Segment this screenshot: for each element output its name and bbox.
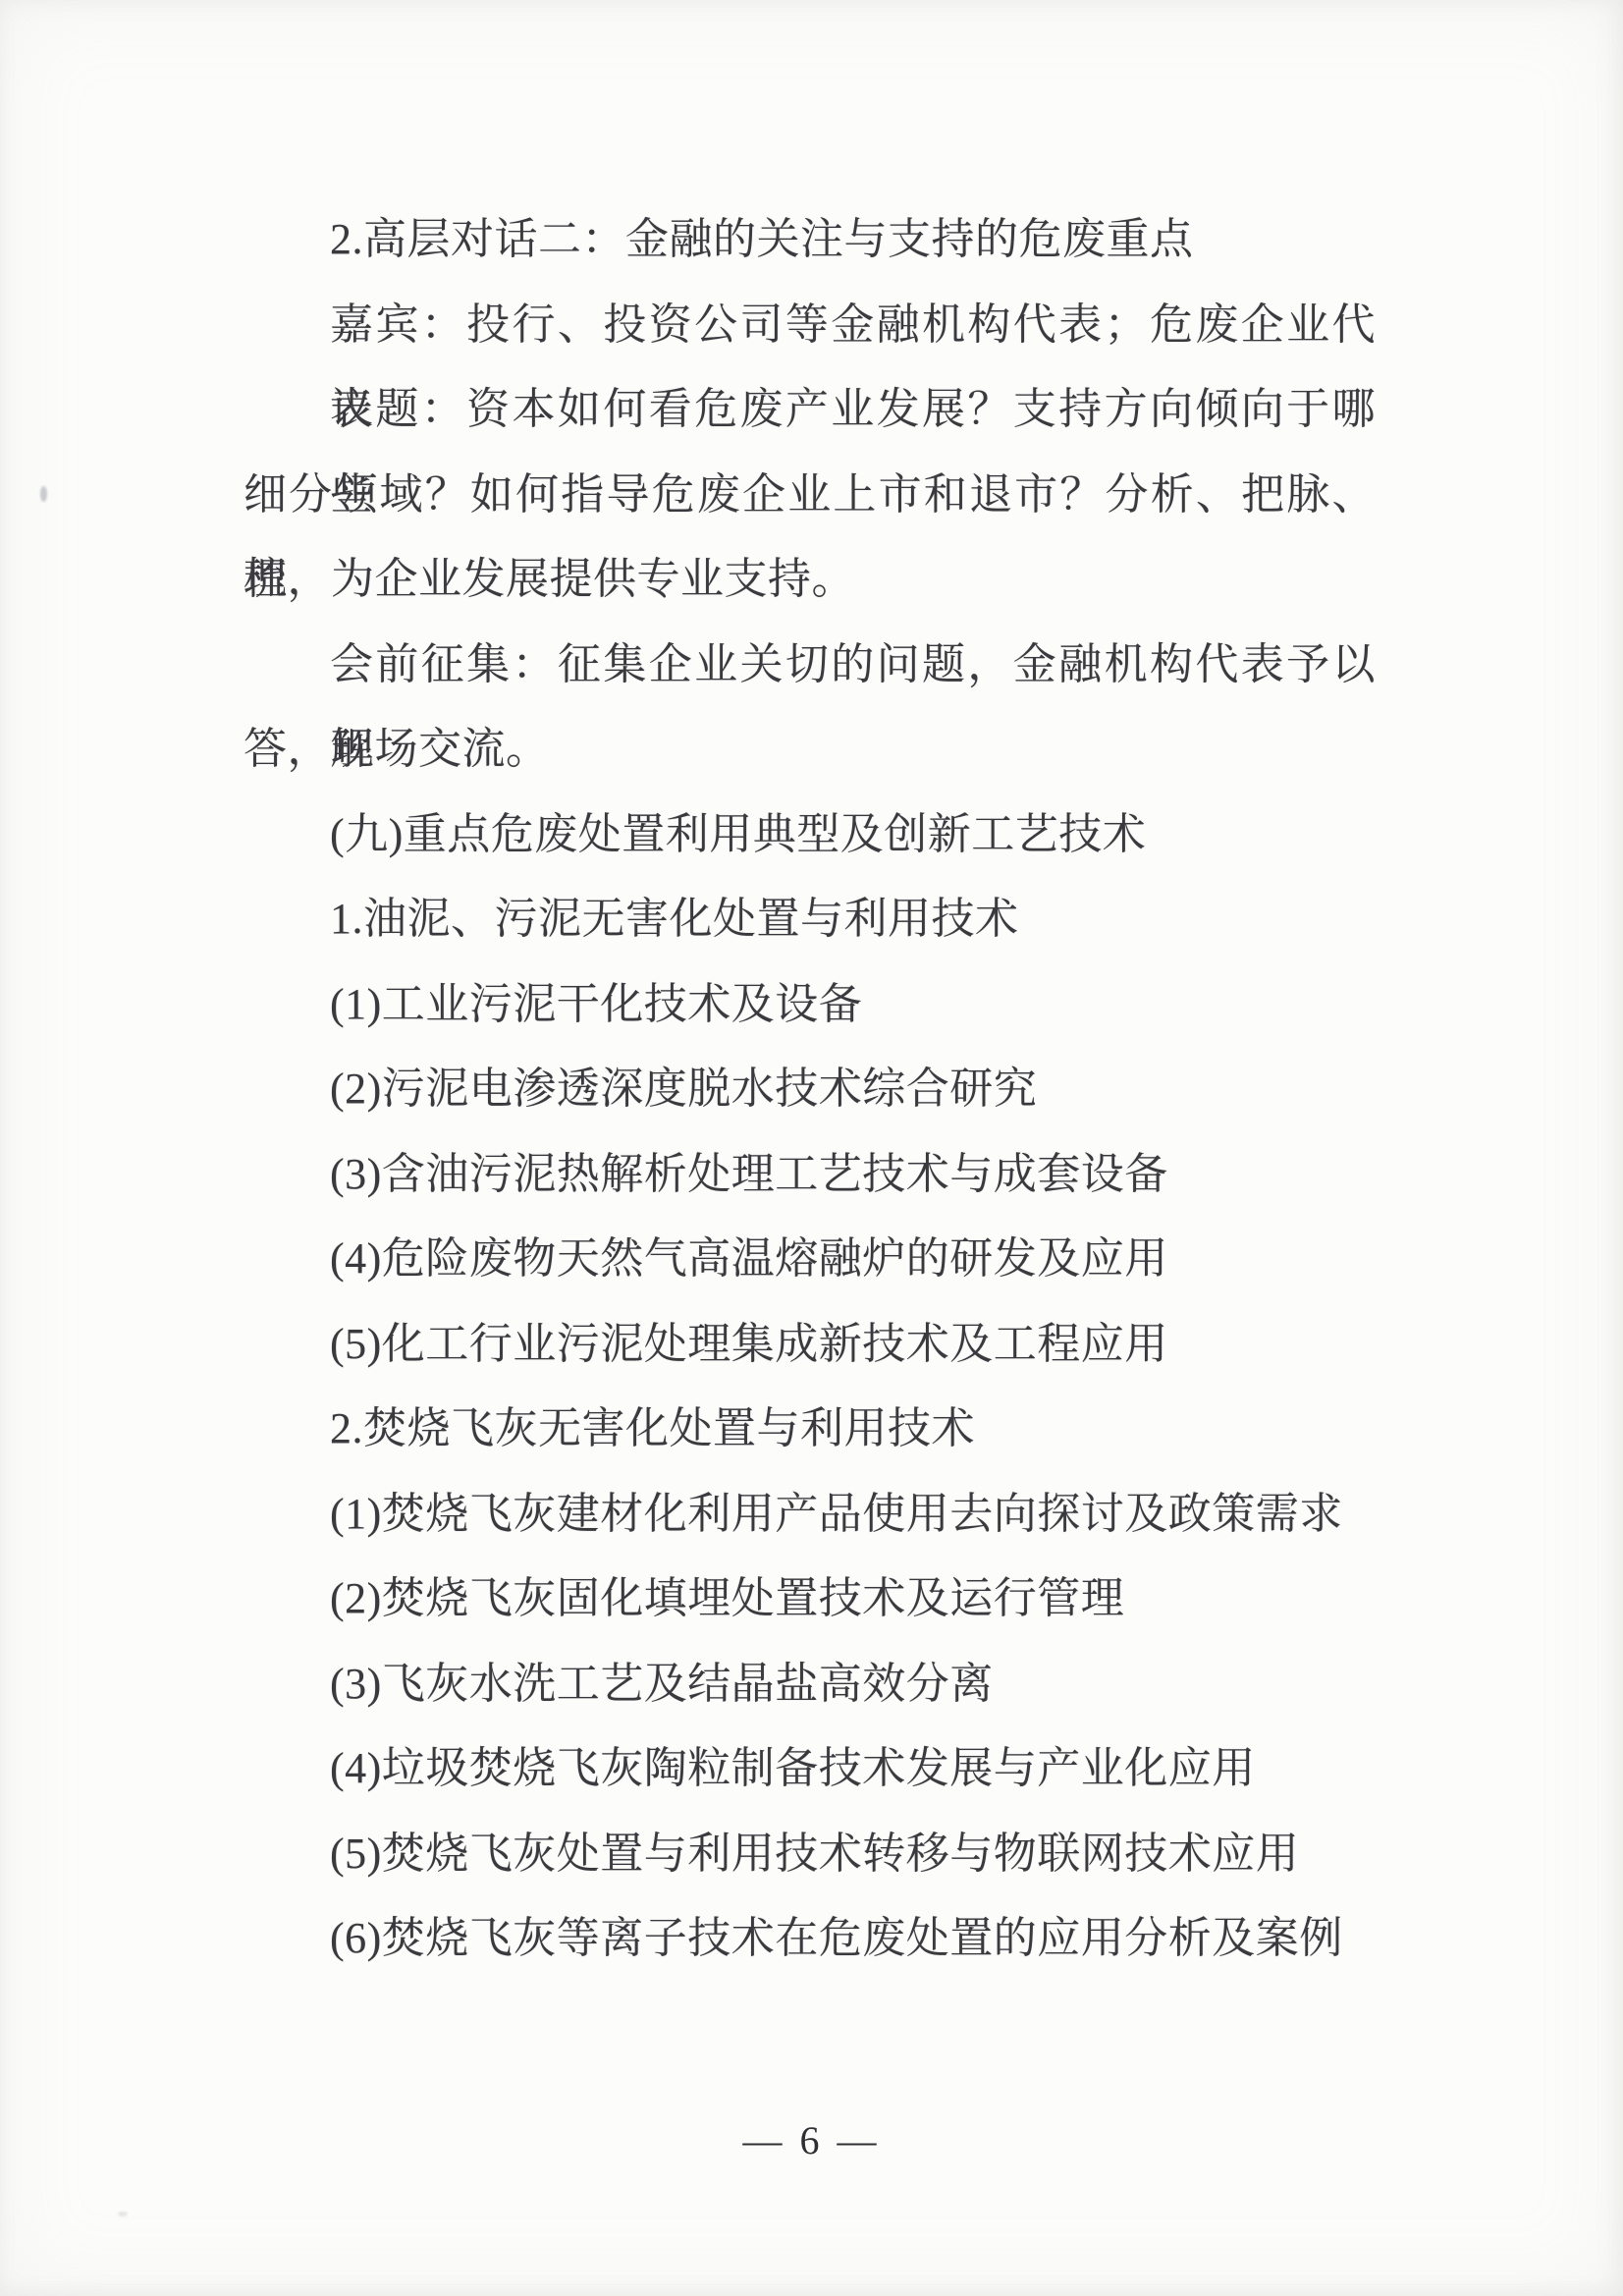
text-line: 会前征集：征集企业关切的问题，金融机构代表予以解 — [243, 623, 1376, 708]
page-number: — 6 — — [0, 2102, 1623, 2180]
page-body: 2.高层对话二：金融的关注与支持的危废重点 嘉宾：投行、投资公司等金融机构代表；… — [243, 197, 1376, 1982]
text-line: 议题：资本如何看危废产业发展？支持方向倾向于哪些 — [243, 367, 1376, 453]
text-line: 答，现场交流。 — [243, 707, 1376, 793]
document-page: 2.高层对话二：金融的关注与支持的危废重点 嘉宾：投行、投资公司等金融机构代表；… — [0, 0, 1623, 2296]
text-line: (2)焚烧飞灰固化填埋处置技术及运行管理 — [243, 1557, 1376, 1642]
text-line: 2.高层对话二：金融的关注与支持的危废重点 — [243, 197, 1376, 283]
text-line: (6)焚烧飞灰等离子技术在危废处置的应用分析及案例 — [243, 1896, 1376, 1982]
text-line: 理，为企业发展提供专业支持。 — [243, 537, 1376, 623]
scan-speck — [40, 486, 47, 502]
text-line: 1.油泥、污泥无害化处置与利用技术 — [243, 877, 1376, 962]
text-line: (3)飞灰水洗工艺及结晶盐高效分离 — [243, 1642, 1376, 1727]
text-line: (1)焚烧飞灰建材化利用产品使用去向探讨及政策需求 — [243, 1472, 1376, 1558]
text-line: (5)焚烧飞灰处置与利用技术转移与物联网技术应用 — [243, 1812, 1376, 1897]
text-line: (1)工业污泥干化技术及设备 — [243, 962, 1376, 1048]
text-line: 2.焚烧飞灰无害化处置与利用技术 — [243, 1387, 1376, 1472]
text-line: (5)化工行业污泥处理集成新技术及工程应用 — [243, 1302, 1376, 1388]
text-line: 嘉宾：投行、投资公司等金融机构代表；危废企业代表 — [243, 283, 1376, 368]
text-line: (4)危险废物天然气高温熔融炉的研发及应用 — [243, 1217, 1376, 1302]
text-line: (3)含油污泥热解析处理工艺技术与成套设备 — [243, 1132, 1376, 1218]
text-line: (4)垃圾焚烧飞灰陶粒制备技术发展与产业化应用 — [243, 1726, 1376, 1812]
text-line: 细分领域？如何指导危废企业上市和退市？分析、把脉、梳 — [243, 453, 1376, 538]
text-line: (九)重点危废处置利用典型及创新工艺技术 — [243, 793, 1376, 878]
scan-speck — [118, 2212, 128, 2216]
text-line: (2)污泥电渗透深度脱水技术综合研究 — [243, 1047, 1376, 1132]
